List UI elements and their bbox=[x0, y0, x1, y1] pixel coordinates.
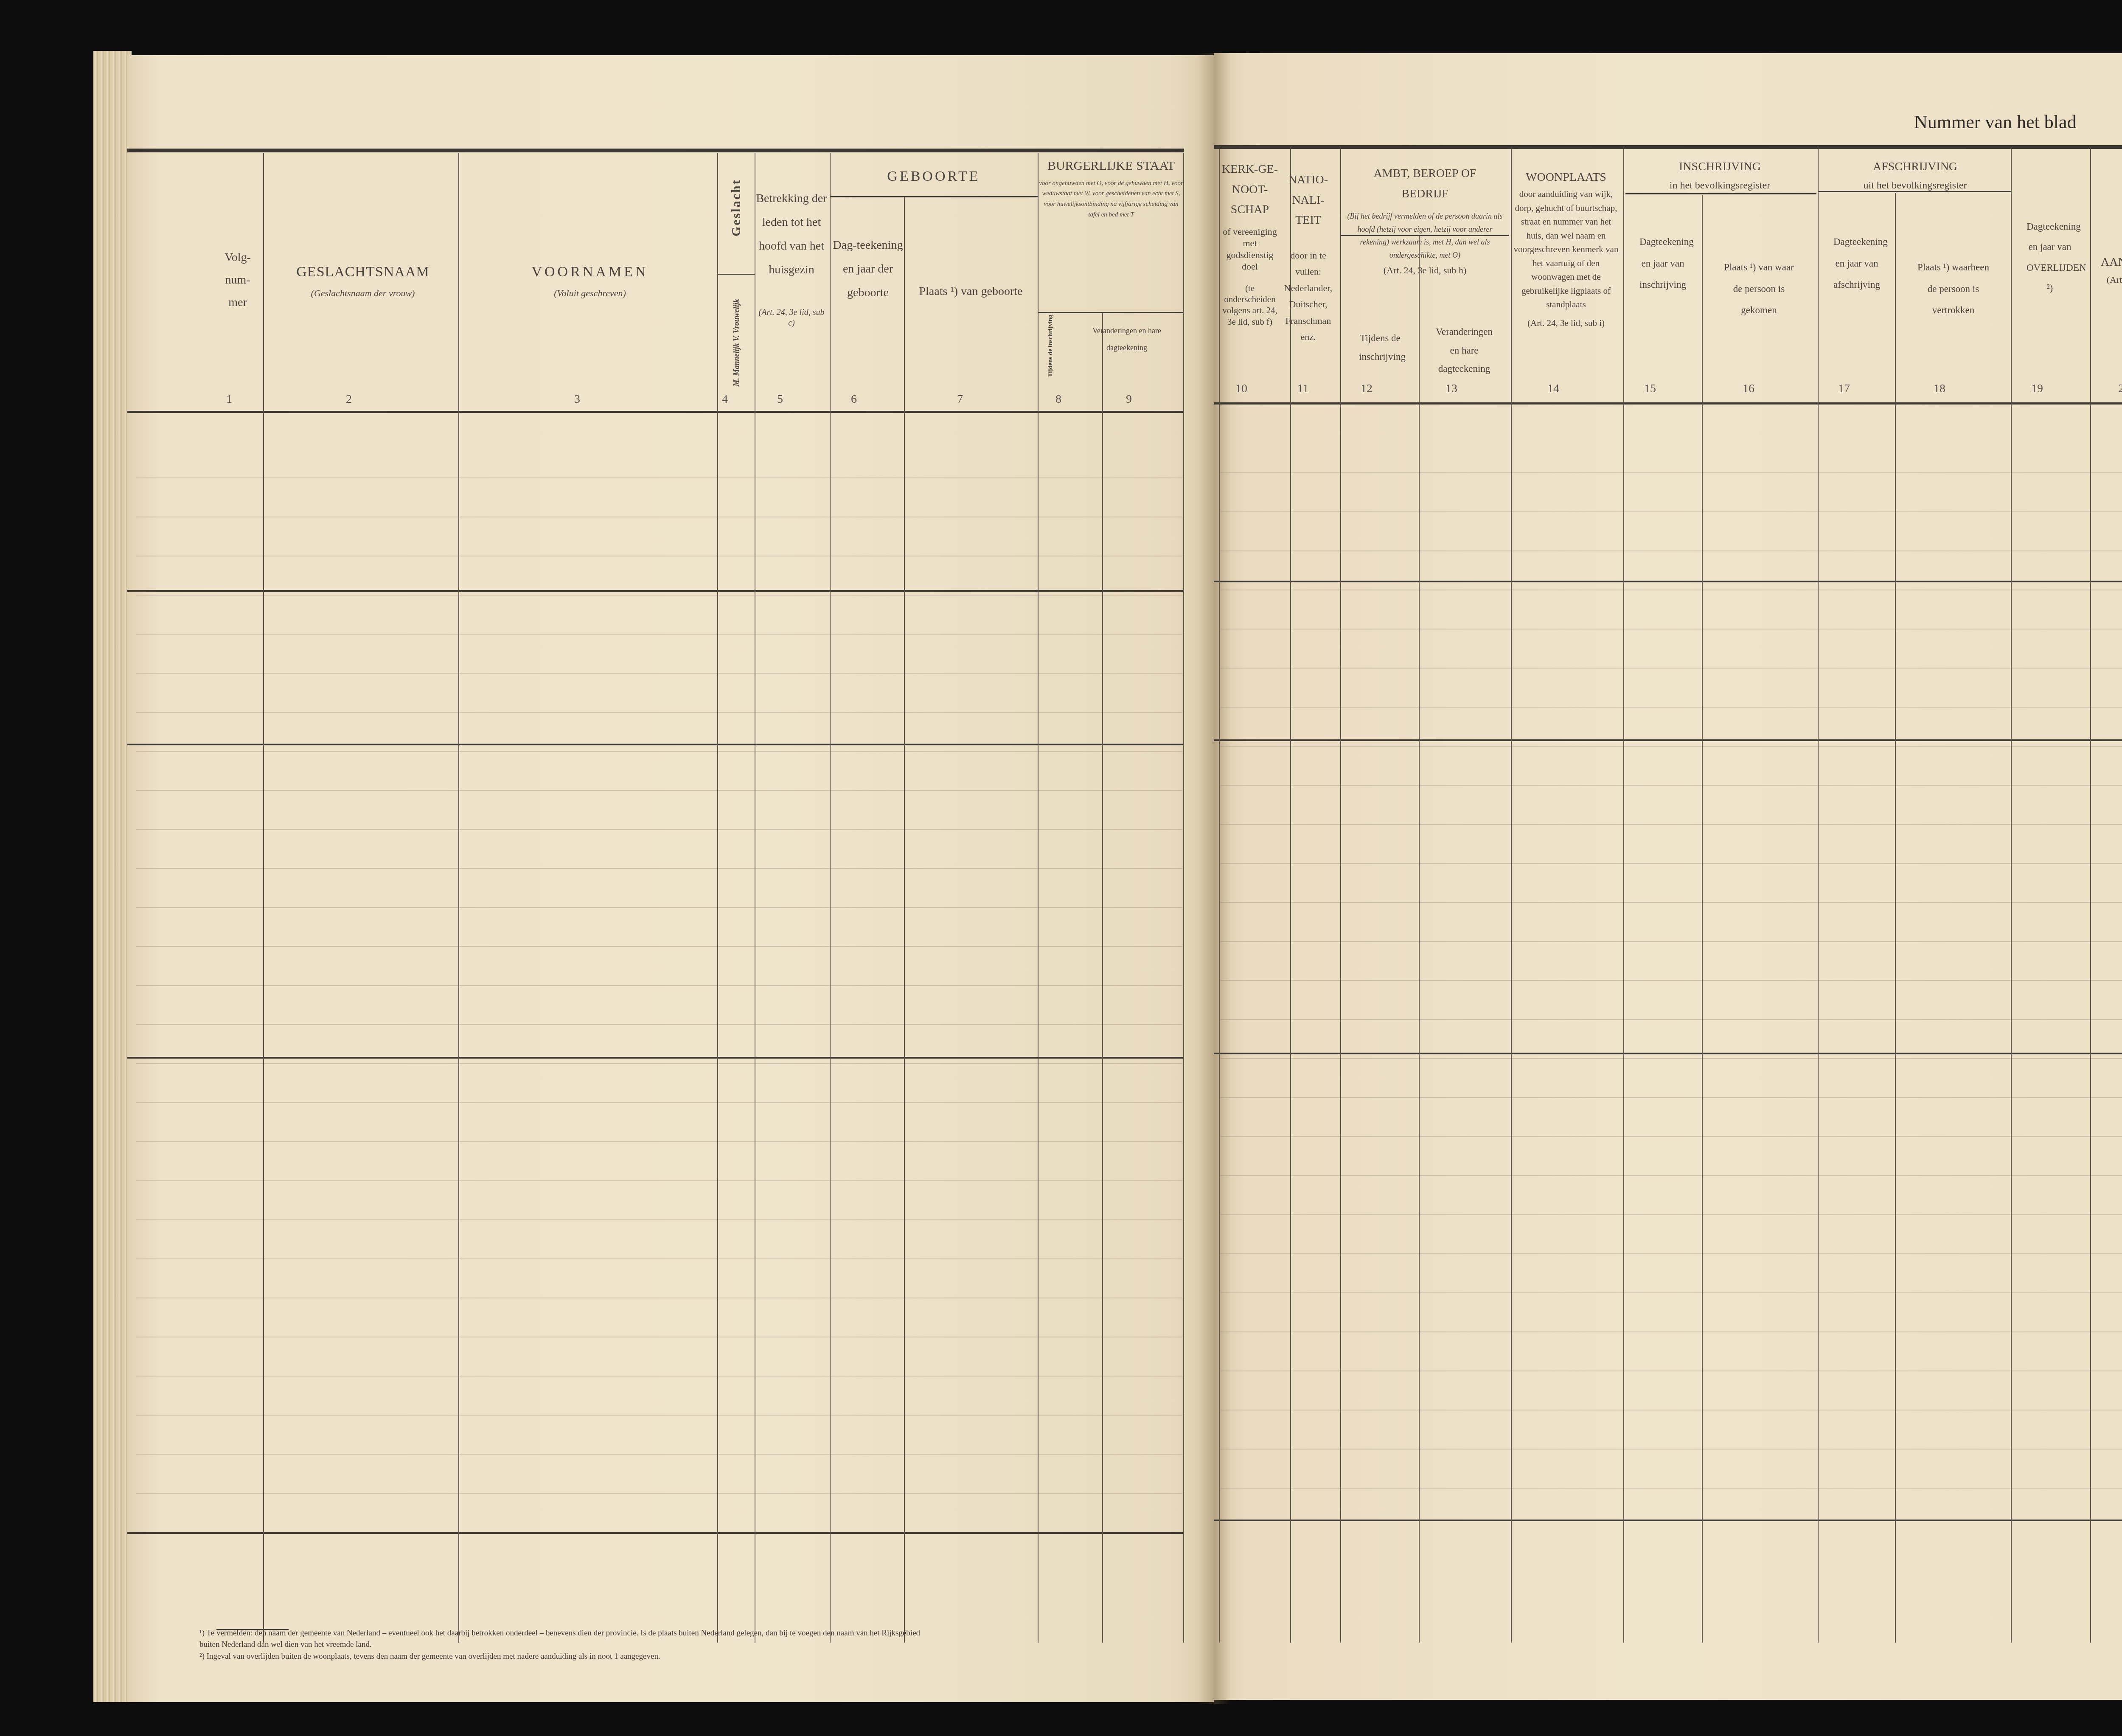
column-number-10: 10 bbox=[1229, 382, 1254, 396]
ruled-line-right bbox=[1220, 1331, 2122, 1332]
group-divider-3-left bbox=[127, 1057, 1184, 1059]
book-page-edges bbox=[93, 51, 132, 1702]
ruled-line-right bbox=[1220, 863, 2122, 864]
column-line bbox=[1623, 149, 1624, 1643]
column-number-1: 1 bbox=[216, 393, 242, 406]
header-geboorte-plaats: Plaats ¹) van geboorte bbox=[906, 280, 1036, 303]
ruled-line-right bbox=[1220, 1214, 2122, 1215]
column-line bbox=[830, 153, 831, 1643]
header-geboorte-datum: Dag-teekening en jaar der geboorte bbox=[832, 233, 904, 305]
ruled-line-left bbox=[136, 946, 1182, 947]
group-divider-1-left bbox=[127, 590, 1184, 592]
column-number-9: 9 bbox=[1116, 393, 1142, 406]
column-number-3: 3 bbox=[564, 393, 590, 406]
ruled-line-right bbox=[1220, 551, 2122, 551]
header-nationaliteit: NATIO-NALI-TEITdoor in te vullen: Nederl… bbox=[1282, 170, 1335, 346]
burgerlijke-sub-rule bbox=[1038, 312, 1184, 313]
ruled-line-left bbox=[136, 712, 1182, 713]
ruled-line-left bbox=[136, 1102, 1182, 1103]
column-line bbox=[1219, 149, 1220, 1643]
header-afschrijving-plaats: Plaats ¹) waarheen de persoon is vertrok… bbox=[1897, 257, 2010, 321]
group-divider-3-right bbox=[1214, 1053, 2122, 1054]
header-top-rule-right bbox=[1214, 145, 2122, 149]
column-line bbox=[263, 153, 264, 1643]
ruled-line-right bbox=[1220, 1253, 2122, 1254]
header-inschrijving-datum: Dagteekening en jaar van inschrijving bbox=[1625, 231, 1701, 296]
column-line bbox=[1290, 149, 1291, 1643]
ruled-line-left bbox=[136, 673, 1182, 674]
ruled-line-left bbox=[136, 790, 1182, 791]
ruled-line-left bbox=[136, 829, 1182, 830]
header-kerkgenootschap: KERK-GE-NOOT-SCHAPof vereeniging met god… bbox=[1220, 159, 1280, 327]
column-line bbox=[1511, 149, 1512, 1643]
left-page bbox=[127, 55, 1214, 1702]
header-burgerlijke-staat: BURGERLIJKE STAATvoor ongehuwden met O, … bbox=[1039, 158, 1183, 220]
ruled-line-right bbox=[1220, 668, 2122, 669]
column-line bbox=[1340, 149, 1341, 1643]
group-divider-4-left bbox=[127, 1532, 1184, 1534]
ruled-line-left bbox=[136, 1141, 1182, 1142]
geboorte-sub-rule bbox=[830, 196, 1038, 197]
header-volgnummer: Volg- num- mer bbox=[208, 246, 267, 314]
column-number-7: 7 bbox=[947, 393, 973, 406]
ruled-line-right bbox=[1220, 590, 2122, 590]
sheet-number-label: Nummer van het blad bbox=[1914, 111, 2076, 133]
column-number-2: 2 bbox=[336, 393, 362, 406]
inschrijving-sub-rule bbox=[1625, 193, 1816, 194]
header-ambt-tijdens: Tijdens de inschrijving bbox=[1342, 329, 1418, 366]
header-veranderingen: Veranderingen en hare dagteekening bbox=[1072, 323, 1182, 356]
ruled-line-left bbox=[136, 556, 1182, 556]
column-line bbox=[755, 153, 755, 1643]
column-number-12: 12 bbox=[1354, 382, 1379, 396]
header-afschrijving: AFSCHRIJVINGuit het bevolkingsregister bbox=[1819, 159, 2012, 192]
ruled-line-right bbox=[1220, 511, 2122, 512]
ruled-line-left bbox=[136, 868, 1182, 869]
column-number-15: 15 bbox=[1637, 382, 1663, 396]
header-inschrijving-plaats: Plaats ¹) van waar de persoon is gekomen bbox=[1703, 257, 1815, 321]
ruled-line-right bbox=[1220, 629, 2122, 629]
column-number-8: 8 bbox=[1046, 393, 1071, 406]
ruled-line-left bbox=[136, 1219, 1182, 1220]
column-number-18: 18 bbox=[1927, 382, 1952, 396]
column-line bbox=[1102, 313, 1103, 1643]
footnote-1: ¹) Te vermelden: den naam der gemeente v… bbox=[199, 1628, 921, 1650]
column-number-17: 17 bbox=[1831, 382, 1857, 396]
ruled-line-right bbox=[1220, 746, 2122, 747]
column-number-14: 14 bbox=[1541, 382, 1566, 396]
group-divider-2-right bbox=[1214, 739, 2122, 741]
header-ambt: AMBT, BEROEP OF BEDRIJF(Bij het bedrijf … bbox=[1343, 163, 1507, 276]
ruled-line-right bbox=[1220, 1488, 2122, 1489]
ruled-line-right bbox=[1220, 1058, 2122, 1059]
ruled-line-left bbox=[136, 595, 1182, 596]
ruled-line-left bbox=[136, 751, 1182, 752]
ruled-line-left bbox=[136, 1063, 1182, 1064]
column-number-19: 19 bbox=[2024, 382, 2050, 396]
column-number-13: 13 bbox=[1439, 382, 1464, 396]
column-number-4: 4 bbox=[712, 393, 738, 406]
header-tijdens-inschrijving: Tijdens de inschrijving bbox=[1047, 322, 1054, 377]
column-line bbox=[1419, 236, 1420, 1643]
ruled-line-right bbox=[1220, 1449, 2122, 1449]
header-geslacht-mv: M. Mannelijk V. Vrouwelijk bbox=[732, 255, 741, 387]
ruled-line-left bbox=[136, 907, 1182, 908]
footnote-2: ²) Ingeval van overlijden buiten de woon… bbox=[199, 1651, 921, 1663]
header-bottom-rule-right bbox=[1214, 402, 2122, 405]
ruled-line-left bbox=[136, 1024, 1182, 1025]
ruled-line-right bbox=[1220, 1136, 2122, 1137]
ruled-line-left bbox=[136, 1454, 1182, 1455]
header-geboorte: GEBOORTE bbox=[830, 168, 1038, 186]
ruled-line-right bbox=[1220, 785, 2122, 786]
header-inschrijving: INSCHRIJVINGin het bevolkingsregister bbox=[1623, 159, 1816, 192]
column-line bbox=[1895, 193, 1896, 1643]
header-afschrijving-datum: Dagteekening en jaar van afschrijving bbox=[1819, 231, 1895, 296]
header-betrekking: Betrekking der leden tot het hoofd van h… bbox=[755, 187, 828, 329]
group-divider-1-right bbox=[1214, 581, 2122, 582]
ruled-line-left bbox=[136, 634, 1182, 635]
ruled-line-left bbox=[136, 1298, 1182, 1298]
ruled-line-left bbox=[136, 1376, 1182, 1376]
ruled-line-right bbox=[1220, 707, 2122, 708]
column-line bbox=[1038, 153, 1039, 1643]
header-top-rule-left bbox=[127, 149, 1184, 152]
ruled-line-left bbox=[136, 1493, 1182, 1494]
column-line bbox=[2011, 149, 2012, 1643]
ruled-line-right bbox=[1220, 1019, 2122, 1020]
ruled-line-left bbox=[136, 478, 1182, 478]
column-number-6: 6 bbox=[841, 393, 867, 406]
ruled-line-right bbox=[1220, 1175, 2122, 1176]
group-divider-4-right bbox=[1214, 1520, 2122, 1521]
column-number-20: 20 bbox=[2111, 382, 2122, 396]
ruled-line-right bbox=[1220, 1371, 2122, 1371]
column-line bbox=[904, 197, 905, 1643]
ruled-line-right bbox=[1220, 824, 2122, 825]
header-geslacht: Geslacht bbox=[729, 177, 744, 236]
footnotes: ¹) Te vermelden: den naam der gemeente v… bbox=[199, 1628, 921, 1663]
ruled-line-left bbox=[136, 517, 1182, 517]
header-bottom-rule-left bbox=[127, 411, 1184, 413]
column-number-16: 16 bbox=[1736, 382, 1761, 396]
column-number-11: 11 bbox=[1290, 382, 1316, 396]
ruled-line-right bbox=[1220, 472, 2122, 473]
column-line bbox=[717, 153, 718, 1643]
column-line bbox=[1183, 153, 1184, 1643]
ruled-line-right bbox=[1220, 1292, 2122, 1293]
ruled-line-left bbox=[136, 1337, 1182, 1337]
column-line bbox=[1818, 149, 1819, 1643]
ruled-line-right bbox=[1220, 980, 2122, 981]
ruled-line-left bbox=[136, 1180, 1182, 1181]
ruled-line-left bbox=[136, 1258, 1182, 1259]
column-line bbox=[2090, 149, 2091, 1643]
header-aanmerkingen: AANMERKINGEN(Art. 24, 5e lid) bbox=[2090, 255, 2122, 286]
ruled-line-right bbox=[1220, 902, 2122, 903]
ruled-line-right bbox=[1220, 1410, 2122, 1410]
header-overlijden: Dagteekening en jaar van OVERLIJDEN ²) bbox=[2012, 216, 2088, 298]
header-geslachtsnaam: GESLACHTSNAAM(Geslachtsnaam der vrouw) bbox=[267, 263, 458, 299]
group-divider-2-left bbox=[127, 744, 1184, 745]
ruled-line-right bbox=[1220, 1097, 2122, 1098]
header-ambt-veranderingen: Veranderingen en hare dagteekening bbox=[1420, 323, 1509, 378]
header-woonplaats: WOONPLAATSdoor aanduiding van wijk, dorp… bbox=[1513, 170, 1619, 329]
ruled-line-left bbox=[136, 1415, 1182, 1416]
ruled-line-right bbox=[1220, 941, 2122, 942]
column-line bbox=[1702, 195, 1703, 1643]
column-line bbox=[458, 153, 459, 1643]
column-number-5: 5 bbox=[767, 393, 793, 406]
header-voornamen: VOORNAMEN(Voluit geschreven) bbox=[463, 263, 717, 299]
ruled-line-left bbox=[136, 985, 1182, 986]
